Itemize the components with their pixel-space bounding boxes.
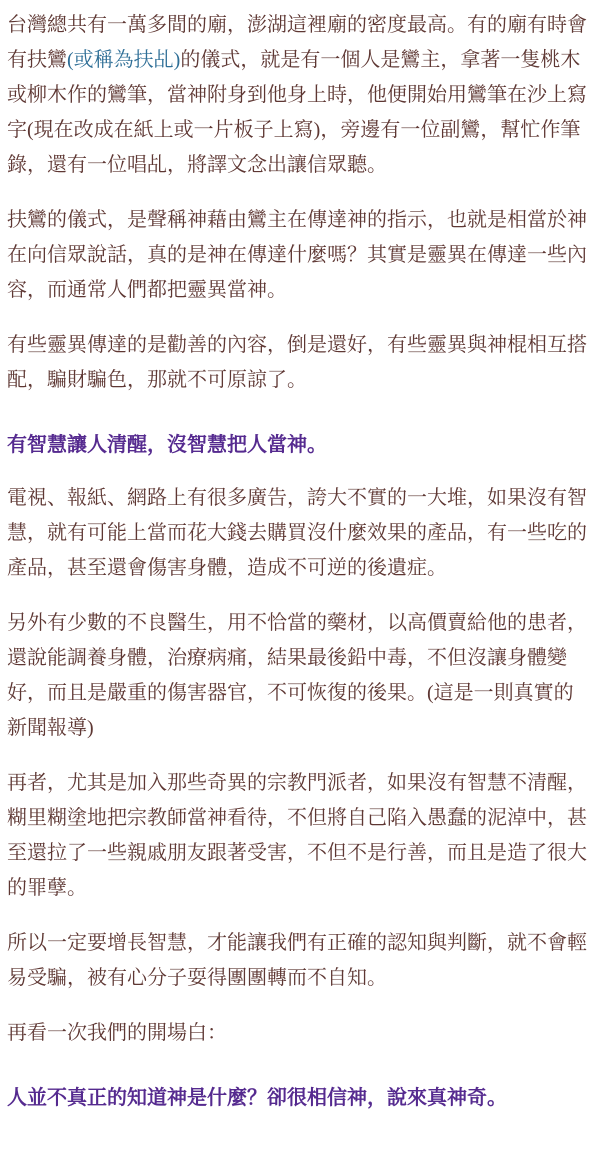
paragraph-grow-wisdom: 所以一定要增長智慧，才能讓我們有正確的認知與判斷，就不會輕易受騙，被有心分子耍得… bbox=[7, 926, 593, 996]
fuji-term-link[interactable]: (或稱為扶乩) bbox=[67, 49, 180, 71]
paragraph-bad-doctors: 另外有少數的不良醫生，用不恰當的藥材，以高價賣給他的患者，還說能調養身體，治療病… bbox=[7, 606, 593, 746]
paragraph-fuluan-ritual: 扶鸞的儀式，是聲稱神藉由鸞主在傳達神的指示，也就是相當於神在向信眾說話，真的是神… bbox=[7, 203, 593, 308]
paragraph-spirits-content: 有些靈異傳達的是勸善的內容，倒是還好，有些靈異與神棍相互搭配，騙財騙色，那就不可… bbox=[7, 328, 593, 398]
paragraph-ads: 電視、報紙、網路上有很多廣告，誇大不實的一大堆，如果沒有智慧，就有可能上當而花大… bbox=[7, 481, 593, 586]
section-heading-believe-god: 人並不真正的知道神是什麼？卻很相信神，說來真神奇。 bbox=[7, 1081, 593, 1116]
paragraph-opening-line-intro: 再看一次我們的開場白： bbox=[7, 1016, 593, 1051]
paragraph-temples: 台灣總共有一萬多間的廟，澎湖這裡廟的密度最高。有的廟有時會有扶鸞(或稱為扶乩)的… bbox=[7, 8, 593, 183]
article-body: 台灣總共有一萬多間的廟，澎湖這裡廟的密度最高。有的廟有時會有扶鸞(或稱為扶乩)的… bbox=[7, 0, 593, 1154]
paragraph-cults: 再者，尤其是加入那些奇異的宗教門派者，如果沒有智慧不清醒，糊里糊塗地把宗教師當神… bbox=[7, 766, 593, 906]
section-heading-wisdom: 有智慧讓人清醒，沒智慧把人當神。 bbox=[7, 428, 593, 463]
